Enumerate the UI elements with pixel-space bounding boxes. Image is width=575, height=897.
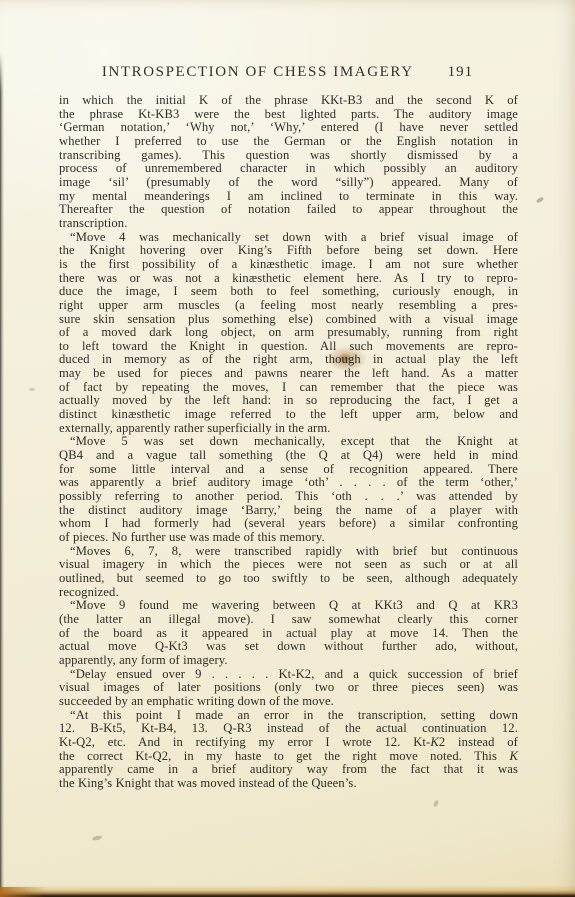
text-line: transcribing games). This question was s… <box>59 149 518 163</box>
text-line: in which the initial K of the phrase KKt… <box>59 94 518 108</box>
text-line: the correct Kt-Q2, in my haste to get th… <box>59 750 518 764</box>
text-line: apparently, any form of imagery. <box>59 654 518 668</box>
text-line: distinct kinæsthetic image referred to t… <box>59 408 518 422</box>
text-line: “Moves 6, 7, 8, were transcribed rapidly… <box>59 545 518 559</box>
text-line: transcription. <box>59 217 518 231</box>
text-line: was apparently a brief auditory image ‘o… <box>59 476 518 490</box>
text-line: of the board as it appeared in actual pl… <box>59 627 518 641</box>
paragraph: “Moves 6, 7, 8, were transcribed rapidly… <box>59 545 518 600</box>
text-line: duce the image, I seem both to feel some… <box>59 285 518 299</box>
paper-speck <box>29 388 35 391</box>
text-block: in which the initial K of the phrase KKt… <box>59 94 518 790</box>
text-line: “Delay ensued over 9 . . . . . Kt-K2, an… <box>59 668 518 682</box>
text-line: the distinct auditory image ‘Barry,’ bei… <box>59 504 518 518</box>
scan-edge-bottom-left <box>0 887 46 897</box>
text-line: “Move 4 was mechanically set down with a… <box>59 231 518 245</box>
text-line: of pieces. No further use was made of th… <box>59 531 518 545</box>
text-line: 12. B-Kt5, Kt-B4, 13. Q-R3 instead of th… <box>59 722 518 736</box>
scan-edge-bottom <box>0 885 575 897</box>
paper-speck <box>92 835 103 841</box>
paper-speck <box>536 196 545 203</box>
text-line: for some little interval and a sense of … <box>59 463 518 477</box>
paper-stain-core <box>338 353 352 364</box>
paragraph: “Move 9 found me wavering between Q at K… <box>59 599 518 667</box>
text-line: of fact by repeating the moves, I can re… <box>59 381 518 395</box>
text-line: may be used for pieces and pawns nearer … <box>59 367 518 381</box>
chapter-title: INTROSPECTION OF CHESS IMAGERY <box>102 64 414 81</box>
text-line: (the latter an illegal move). I saw some… <box>59 613 518 627</box>
text-line: sure skin sensation plus something else)… <box>59 313 518 327</box>
text-line: my mental meanderings I am inclined to t… <box>59 190 518 204</box>
text-line: whom I had formerly had (several years b… <box>59 517 518 531</box>
text-line: QB4 and a vague tall something (the Q at… <box>59 449 518 463</box>
text-line: apparently came in a brief auditory way … <box>59 763 518 777</box>
text-line: duced in memory as of the right arm, tho… <box>59 353 518 367</box>
text-line: possibly referring to another period. Th… <box>59 490 518 504</box>
text-line: Kt-Q2, etc. And in rectifying my error I… <box>59 736 518 750</box>
text-line: right upper arm muscles (a feeling most … <box>59 299 518 313</box>
text-line: recognized. <box>59 586 518 600</box>
text-line: visual imagery in which the pieces were … <box>59 558 518 572</box>
text-line: visual images of later positions (only t… <box>59 681 518 695</box>
text-line: ‘German notation,’ ‘Why not,’ ‘Why,’ ent… <box>59 121 518 135</box>
text-line: there was or was not a kinæsthetic eleme… <box>59 272 518 286</box>
paragraph: “At this point I made an error in the tr… <box>59 709 518 791</box>
text-line: of a moved dark long object, on arm pres… <box>59 326 518 340</box>
text-line: image ‘sil’ (presumably of the word “sil… <box>59 176 518 190</box>
text-line: is the first possibility of a kinæstheti… <box>59 258 518 272</box>
paper-speck <box>433 800 439 808</box>
text-line: “Move 5 was set down mechanically, excep… <box>59 435 518 449</box>
paragraph: “Move 4 was mechanically set down with a… <box>59 231 518 436</box>
scan-edge-left <box>0 52 4 897</box>
text-line: the King’s Knight that was moved instead… <box>59 777 518 791</box>
paragraph: “Move 5 was set down mechanically, excep… <box>59 435 518 544</box>
text-line: process of unremembered character in whi… <box>59 162 518 176</box>
text-line: Thereafter the question of notation fail… <box>59 203 518 217</box>
running-header: INTROSPECTION OF CHESS IMAGERY 191 <box>0 64 575 81</box>
text-line: “At this point I made an error in the tr… <box>59 709 518 723</box>
text-line: whether I preferred to use the German or… <box>59 135 518 149</box>
paragraph: “Delay ensued over 9 . . . . . Kt-K2, an… <box>59 668 518 709</box>
text-line: outlined, but seemed to go too swiftly t… <box>59 572 518 586</box>
text-line: to left toward the Knight in question. A… <box>59 340 518 354</box>
text-line: externally, apparently rather superficia… <box>59 422 518 436</box>
text-line: “Move 9 found me wavering between Q at K… <box>59 599 518 613</box>
scanned-book-page: INTROSPECTION OF CHESS IMAGERY 191 in wh… <box>0 0 575 897</box>
text-line: actual move Q-Kt3 was set down without f… <box>59 640 518 654</box>
paragraph: in which the initial K of the phrase KKt… <box>59 94 518 231</box>
text-line: the Knight hovering over King’s Fifth be… <box>59 244 518 258</box>
text-line: succeeded by an emphatic writing down of… <box>59 695 518 709</box>
page-number: 191 <box>448 64 474 81</box>
text-line: actually moved by the left hand: in so r… <box>59 394 518 408</box>
text-line: the phrase Kt-KB3 were the best lighted … <box>59 108 518 122</box>
